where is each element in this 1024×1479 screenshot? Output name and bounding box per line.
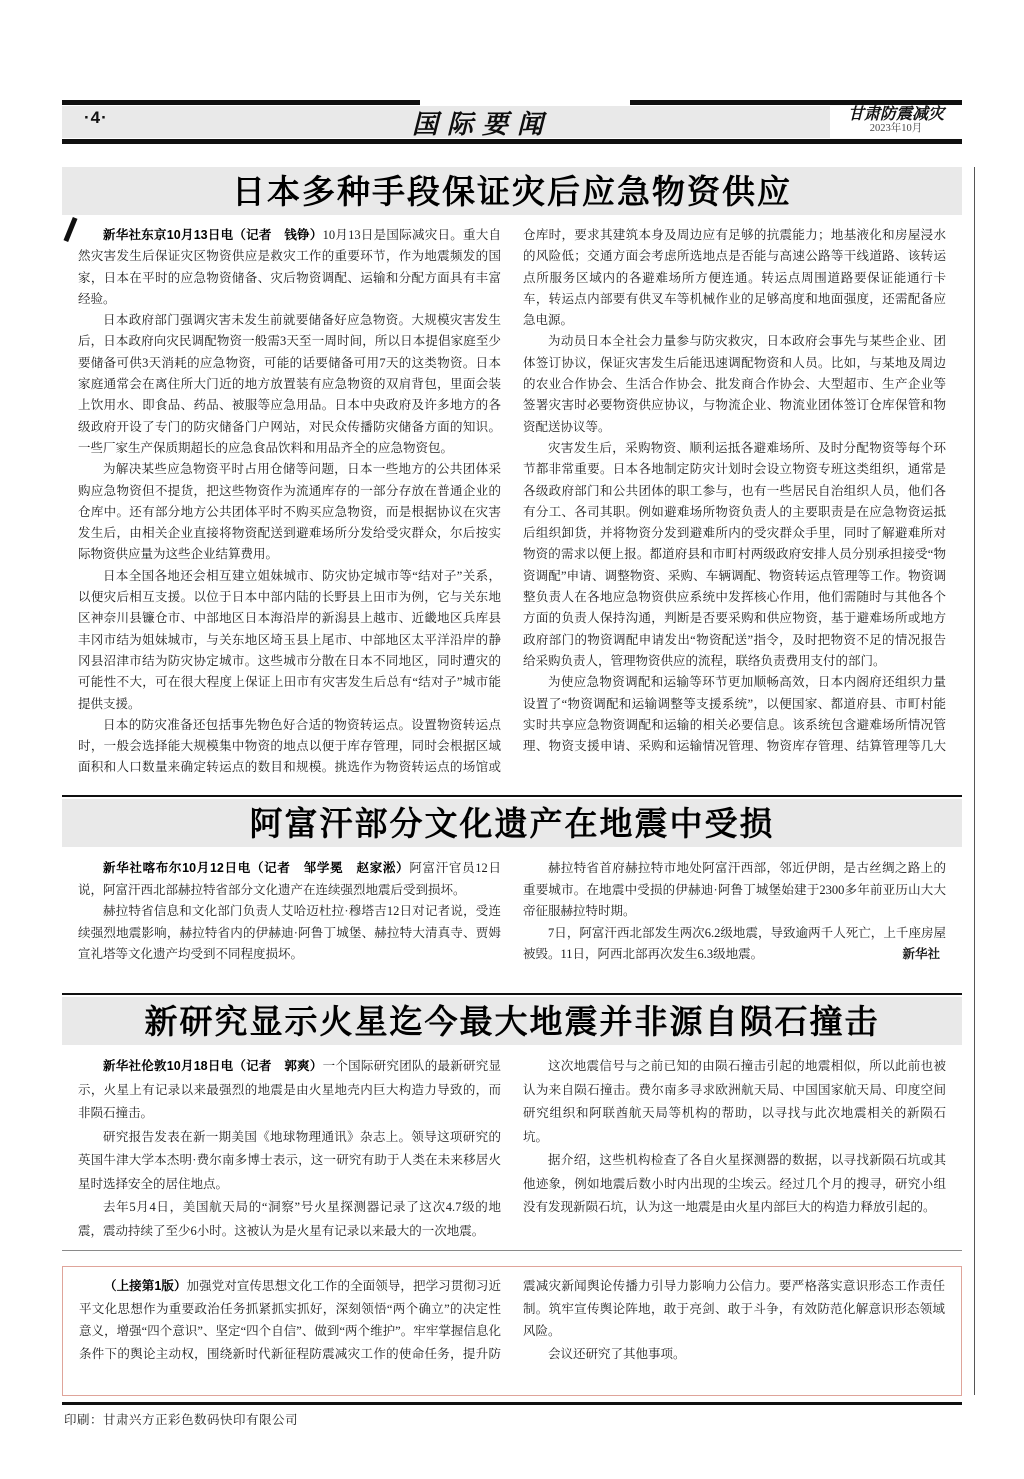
- page-right-rule: [974, 167, 975, 1395]
- separator-thin: [62, 1250, 962, 1251]
- article-1-body: 新华社东京10月13日电（记者 钱铮）10月13日是国际减灾日。重大自然灾害发生…: [78, 225, 946, 785]
- article-2-body: 新华社喀布尔10月12日电（记者 邹学冕 赵家淞）阿富汗官员12日说，阿富汗西北…: [78, 858, 946, 990]
- paragraph: 新华社伦敦10月18日电（记者 郭爽）一个国际研究团队的最新研究显示，火星上有记…: [78, 1055, 501, 1126]
- masthead-title: 甘肃防震减灾: [830, 105, 962, 123]
- masthead-date: 2023年10月: [830, 123, 962, 135]
- masthead: 甘肃防震减灾 2023年10月: [830, 105, 962, 139]
- byline: （上接第1版）: [104, 1279, 187, 1293]
- separator: [62, 993, 962, 995]
- paragraph: 新华社东京10月13日电（记者 钱铮）10月13日是国际减灾日。重大自然灾害发生…: [78, 225, 501, 310]
- paragraph: （上接第1版）加强党对宣传思想文化工作的全面领导，把学习贯彻习近平文化思想作为重…: [79, 1275, 945, 1387]
- corner-mark: [63, 217, 77, 242]
- paragraph: 为动员日本全社会力量参与防灾救灾，日本政府会事先与某些企业、团体签订协议，保证灾…: [523, 331, 946, 437]
- article-1-title: 日本多种手段保证灾后应急物资供应: [62, 167, 962, 215]
- section-title: 国际要闻: [0, 104, 964, 141]
- signature: 新华社: [877, 944, 946, 966]
- paragraph: 7日，阿富汗西北部发生两次6.2级地震，导致逾两千人死亡，上千座房屋被毁。11日…: [523, 923, 946, 966]
- paragraph: 会议还研究了其他事项。: [523, 1343, 945, 1366]
- byline: 新华社喀布尔10月12日电（记者 邹学冕 赵家淞）: [103, 861, 409, 875]
- paragraph: 为解决某些应急物资平时占用仓储等问题，日本一些地方的公共团体采购应急物资但不提货…: [78, 459, 501, 565]
- paragraph: 这次地震信号与之前已知的由陨石撞击引起的地震相似，所以此前也被认为来自陨石撞击。…: [523, 1055, 946, 1149]
- separator: [62, 795, 962, 797]
- paragraph: 赫拉特省首府赫拉特市地处阿富汗西部，邻近伊朗，是古丝绸之路上的重要城市。在地震中…: [523, 858, 946, 923]
- byline: 新华社东京10月13日电（记者 钱铮）: [103, 228, 323, 242]
- continuation-box: （上接第1版）加强党对宣传思想文化工作的全面领导，把学习贯彻习近平文化思想作为重…: [62, 1266, 962, 1396]
- continuation-body: （上接第1版）加强党对宣传思想文化工作的全面领导，把学习贯彻习近平文化思想作为重…: [79, 1275, 945, 1387]
- byline: 新华社伦敦10月18日电（记者 郭爽）: [103, 1059, 323, 1073]
- article-3-body: 新华社伦敦10月18日电（记者 郭爽）一个国际研究团队的最新研究显示，火星上有记…: [78, 1055, 946, 1247]
- paragraph: 研究报告发表在新一期美国《地球物理通讯》杂志上。领导这项研究的英国牛津大学本杰明…: [78, 1126, 501, 1197]
- paragraph: 赫拉特省信息和文化部门负责人艾哈迈杜拉·穆塔吉12日对记者说，受连续强烈地震影响…: [78, 901, 501, 966]
- paragraph: 日本全国各地还会相互建立姐妹城市、防灾协定城市等“结对子”关系，以便灾后相互支援…: [78, 566, 501, 715]
- paragraph: 去年5月4日，美国航天局的“洞察”号火星探测器记录了这次4.7级的地震，震动持续…: [78, 1196, 501, 1243]
- header-rule: [62, 139, 962, 144]
- paragraph: 日本政府部门强调灾害未发生前就要储备好应急物资。大规模灾害发生后，日本政府向灾民…: [78, 310, 501, 459]
- newspaper-page: ·4· 国际要闻 甘肃防震减灾 2023年10月 日本多种手段保证灾后应急物资供…: [0, 0, 1024, 1479]
- article-3-title: 新研究显示火星迄今最大地震并非源自陨石撞击: [62, 997, 962, 1045]
- footer-rule: [62, 1402, 962, 1405]
- paragraph: 灾害发生后，采购物资、顺利运抵各避难场所、及时分配物资等每个环节都非常重要。日本…: [523, 438, 946, 672]
- paragraph: 据介绍，这些机构检查了各自火星探测器的数据，以寻找新陨石坑或其他迹象，例如地震后…: [523, 1149, 946, 1220]
- printer-line: 印刷：甘肃兴方正彩色数码快印有限公司: [64, 1410, 298, 1428]
- paragraph: 新华社喀布尔10月12日电（记者 邹学冕 赵家淞）阿富汗官员12日说，阿富汗西北…: [78, 858, 501, 901]
- article-2-title: 阿富汗部分文化遗产在地震中受损: [62, 799, 962, 847]
